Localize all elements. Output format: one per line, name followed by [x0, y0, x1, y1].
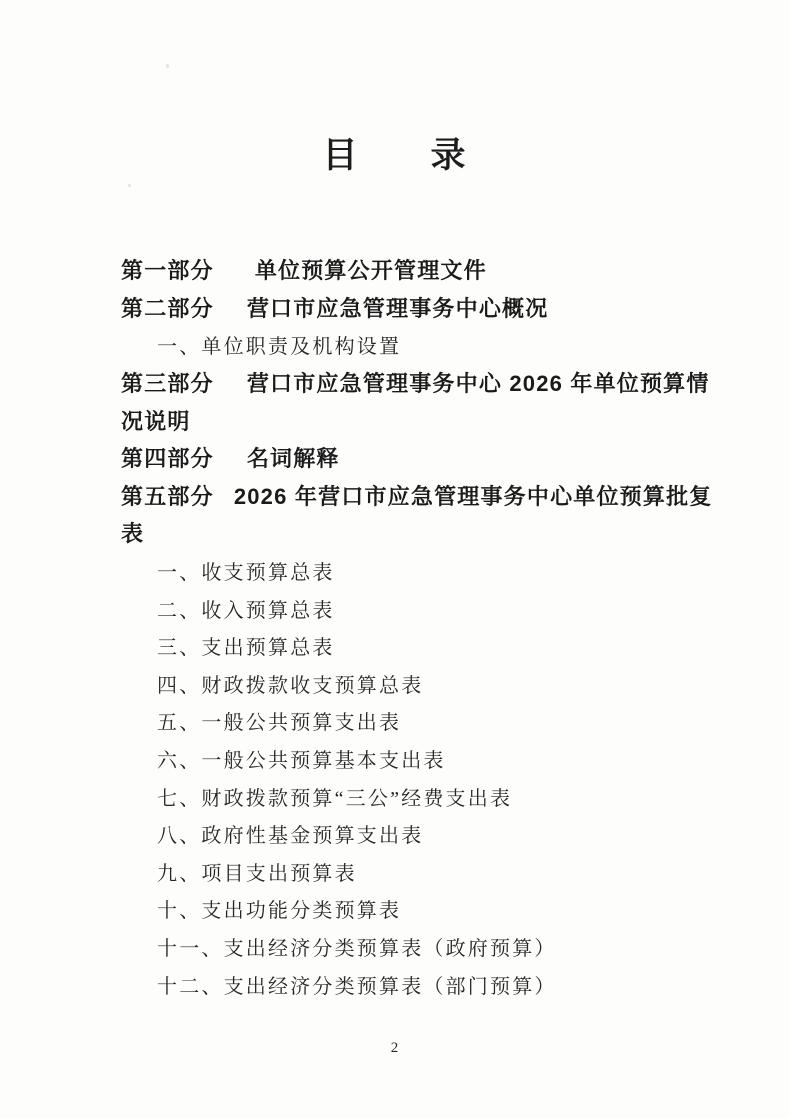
toc-part-3: 第三部分 营口市应急管理事务中心 2026 年单位预算情 [0, 364, 789, 402]
toc-table-item-10: 十、支出功能分类预算表 [0, 890, 789, 928]
toc-table-item-8: 八、政府性基金预算支出表 [0, 815, 789, 853]
toc-part-5-title-line1: 2026 年营口市应急管理事务中心单位预算批复 [234, 480, 713, 511]
toc-part-3-title-line1: 营口市应急管理事务中心 2026 年单位预算情 [247, 367, 710, 398]
toc-part-3-title-line2: 况说明 [0, 401, 789, 439]
toc-part-2: 第二部分 营口市应急管理事务中心概况 [0, 289, 789, 327]
scan-speck [166, 64, 169, 68]
document-page: 目 录 第一部分 单位预算公开管理文件 第二部分 营口市应急管理事务中心概况 一… [0, 0, 789, 1118]
toc-part-4-label: 第四部分 [121, 442, 214, 473]
toc-part-4: 第四部分 名词解释 [0, 439, 789, 477]
toc-part-5-label: 第五部分 [121, 480, 214, 511]
toc-part-4-title: 名词解释 [247, 442, 340, 473]
toc-part-2-subitem: 一、单位职责及机构设置 [0, 326, 789, 364]
page-number: 2 [0, 1040, 789, 1057]
toc-table-item-4: 四、财政拨款收支预算总表 [0, 665, 789, 703]
scan-speck [128, 184, 131, 187]
toc-table-item-1: 一、收支预算总表 [0, 552, 789, 590]
toc-table-item-7: 七、财政拨款预算“三公”经费支出表 [0, 777, 789, 815]
toc-part-2-label: 第二部分 [121, 292, 214, 323]
toc-part-1-label: 第一部分 [121, 254, 214, 285]
toc-table-item-9: 九、项目支出预算表 [0, 853, 789, 891]
toc-table-item-12: 十二、支出经济分类预算表（部门预算） [0, 965, 789, 1003]
toc-part-1: 第一部分 单位预算公开管理文件 [0, 251, 789, 289]
toc-table-item-6: 六、一般公共预算基本支出表 [0, 740, 789, 778]
toc-part-3-label: 第三部分 [121, 367, 214, 398]
toc-table-item-5: 五、一般公共预算支出表 [0, 702, 789, 740]
scan-speck [124, 462, 127, 465]
toc-table-item-3: 三、支出预算总表 [0, 627, 789, 665]
toc-part-5-title-line2: 表 [0, 514, 789, 552]
toc-table-item-2: 二、收入预算总表 [0, 589, 789, 627]
table-of-contents: 第一部分 单位预算公开管理文件 第二部分 营口市应急管理事务中心概况 一、单位职… [0, 251, 789, 1003]
toc-table-item-11: 十一、支出经济分类预算表（政府预算） [0, 928, 789, 966]
toc-part-5: 第五部分 2026 年营口市应急管理事务中心单位预算批复 [0, 477, 789, 515]
page-title: 目 录 [0, 138, 789, 174]
toc-part-1-title: 单位预算公开管理文件 [255, 254, 487, 285]
toc-part-2-title: 营口市应急管理事务中心概况 [247, 292, 549, 323]
